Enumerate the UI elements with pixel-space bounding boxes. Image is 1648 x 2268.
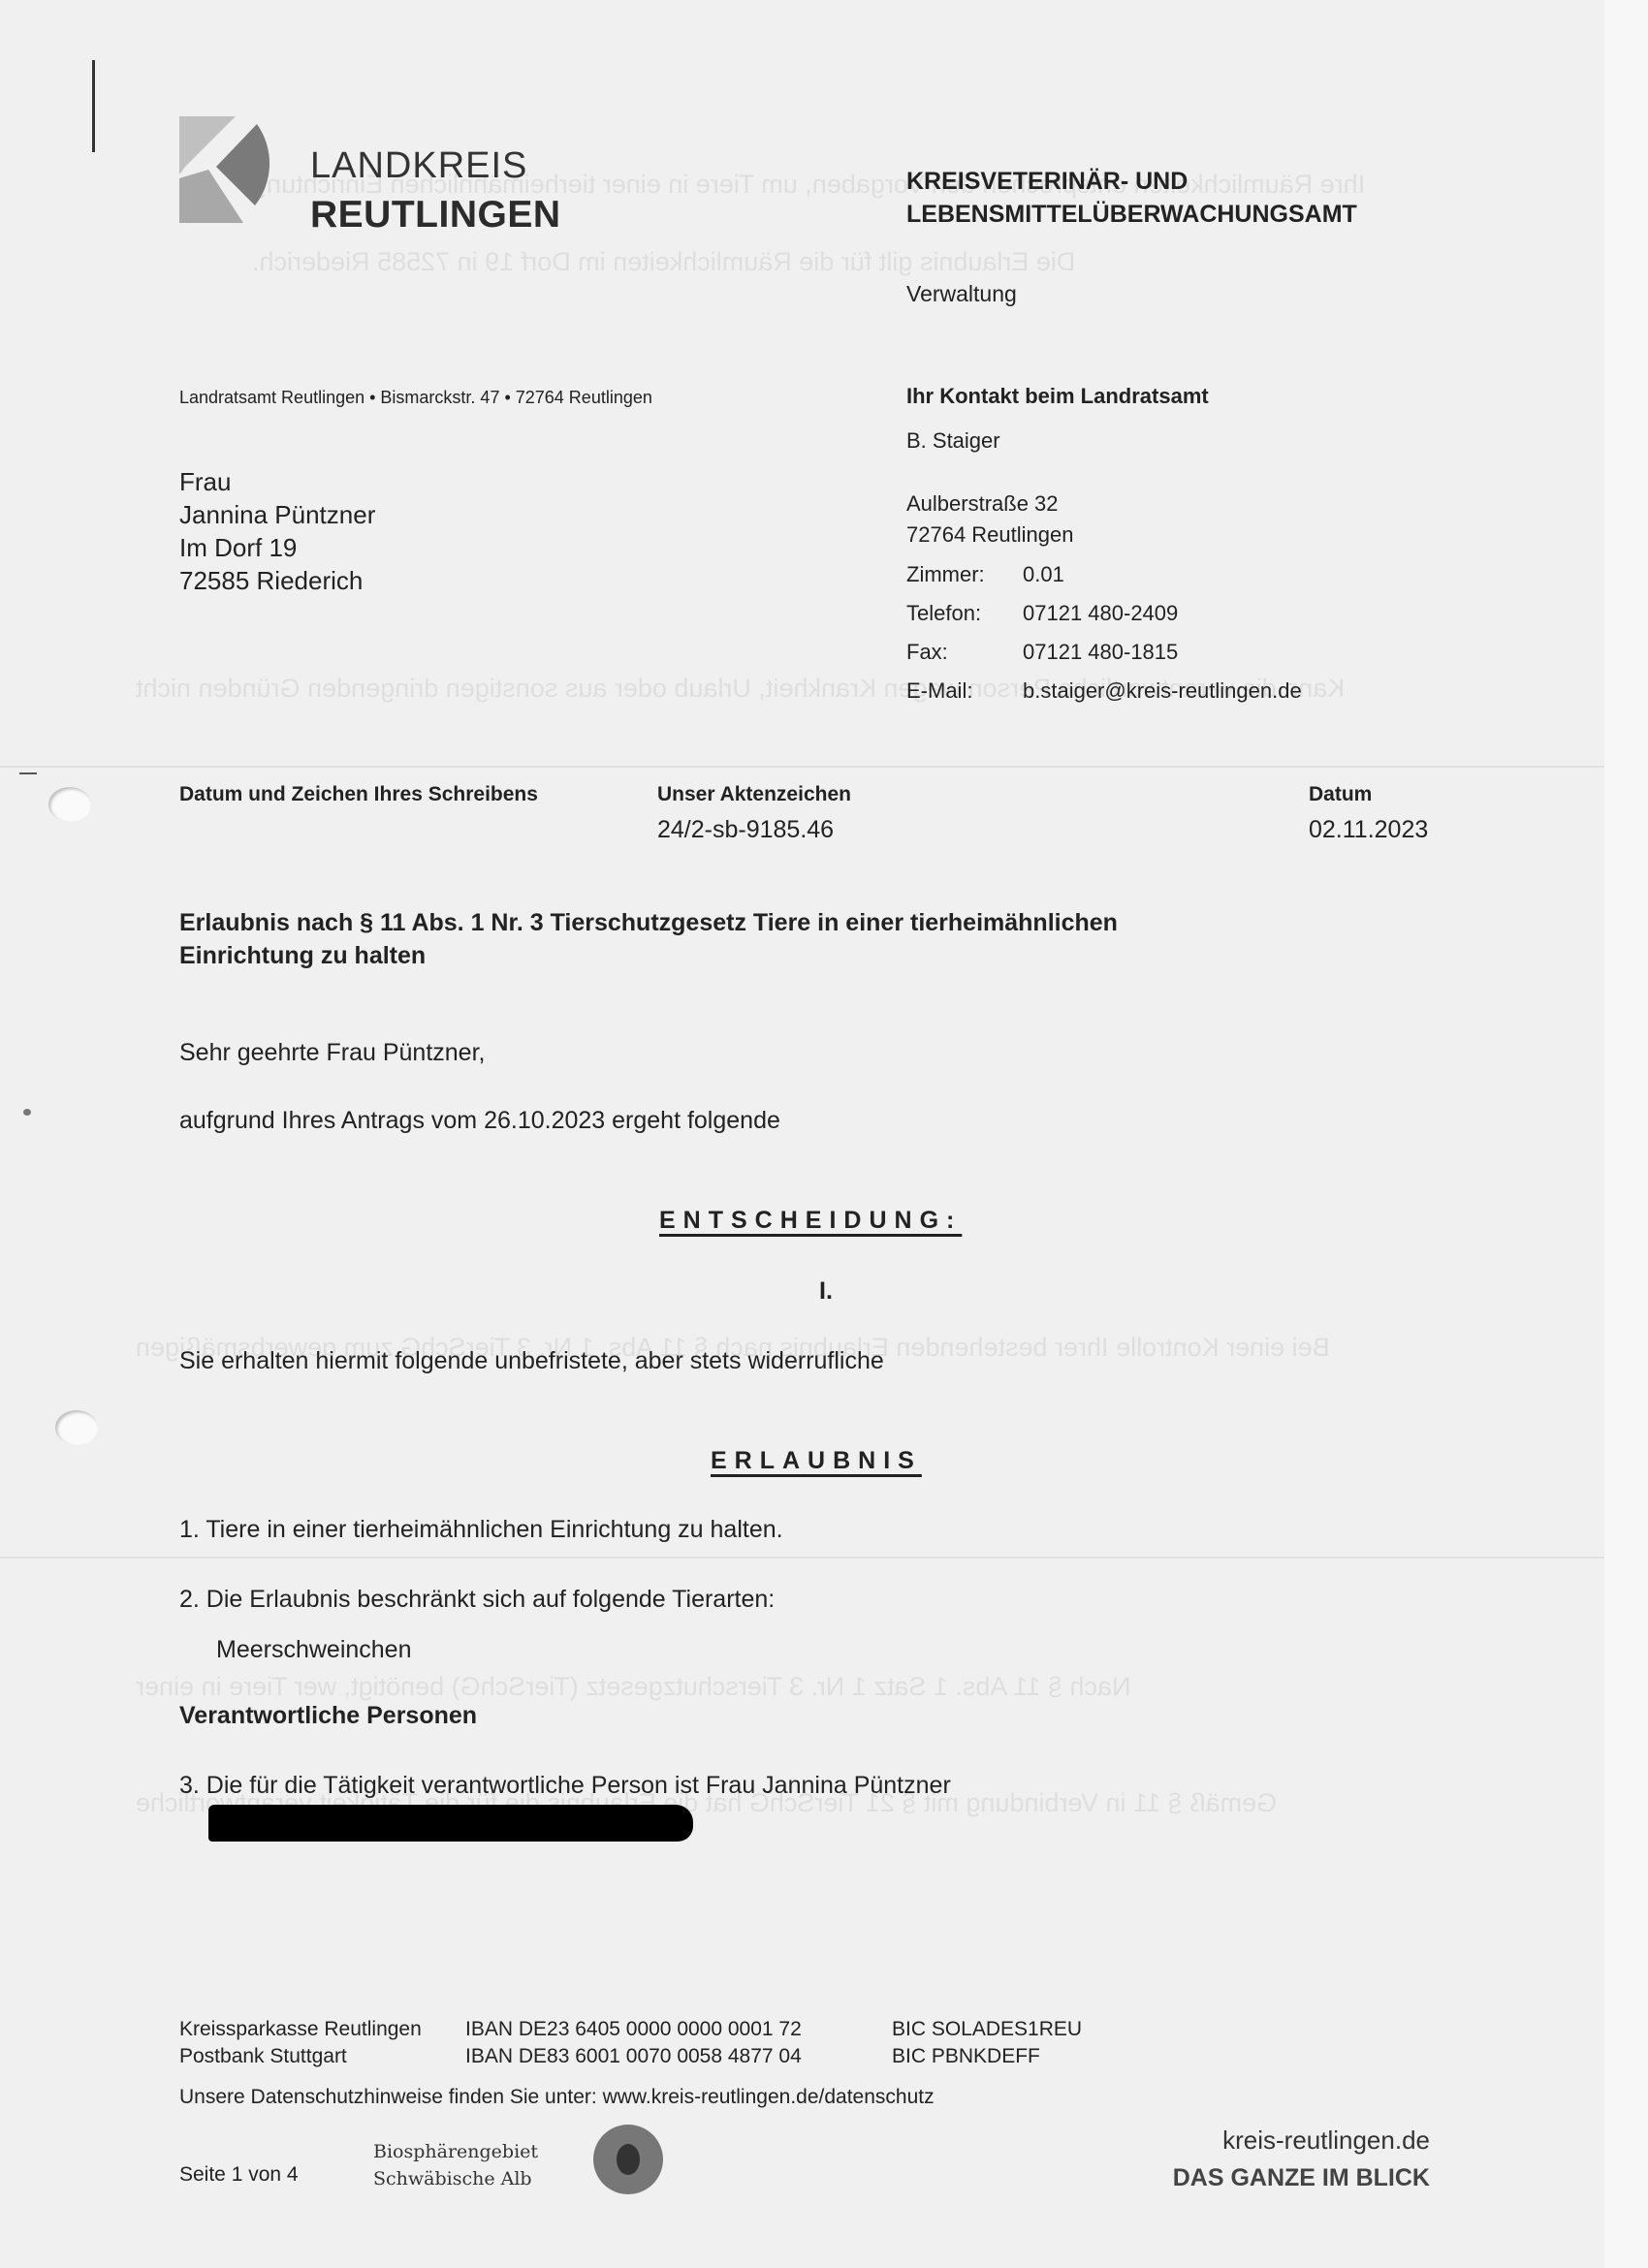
slogan: DAS GANZE IM BLICK: [1173, 2164, 1430, 2192]
bank-iban: IBAN DE23 6405 0000 0000 0001 72: [465, 2018, 892, 2041]
contact-phone: Telefon:07121 480-2409: [906, 601, 1178, 626]
recipient-address: Frau Jannina Püntzner Im Dorf 19 72585 R…: [179, 465, 375, 597]
permit-heading: ERLAUBNIS: [711, 1447, 922, 1475]
contact-phone-label: Telefon:: [906, 601, 1023, 626]
contact-address: Aulberstraße 32 72764 Reutlingen: [906, 488, 1073, 551]
margin-mark: [92, 60, 95, 152]
contact-fax-value: 07121 480-1815: [1023, 640, 1178, 664]
department-line2: LEBENSMITTELÜBERWACHUNGSAMT: [906, 198, 1357, 231]
our-ref-label: Unser Aktenzeichen: [657, 783, 851, 806]
punch-hole: [55, 1410, 98, 1445]
fold-mark: [19, 772, 37, 774]
bank-name: Kreissparkasse Reutlingen: [179, 2018, 465, 2041]
bank-name: Postbank Stuttgart: [179, 2045, 465, 2068]
your-ref-label: Datum und Zeichen Ihres Schreibens: [179, 783, 538, 806]
letter-page: Ihre Räumlichkeiten entsprechen den Vorg…: [0, 0, 1604, 2268]
landkreis-logo-icon: [179, 116, 281, 223]
permit-item-2: 2. Die Erlaubnis beschränkt sich auf fol…: [179, 1586, 775, 1614]
bank-bic: BIC PBNKDEFF: [892, 2045, 1040, 2068]
bank-bic: BIC SOLADES1REU: [892, 2018, 1082, 2041]
show-through-text: Nach § 11 Abs. 1 Satz 1 Nr. 3 Tierschutz…: [136, 1667, 1130, 1706]
bank-row: Postbank StuttgartIBAN DE83 6001 0070 00…: [179, 2045, 1040, 2068]
bank-row: Kreissparkasse ReutlingenIBAN DE23 6405 …: [179, 2018, 1082, 2041]
biosphere-text: Biosphärengebiet Schwäbische Alb: [373, 2138, 538, 2192]
contact-city: 72764 Reutlingen: [906, 520, 1073, 551]
contact-email: E-Mail:b.staiger@kreis-reutlingen.de: [906, 678, 1302, 704]
contact-email-value: b.staiger@kreis-reutlingen.de: [1023, 678, 1302, 703]
division: Verwaltung: [906, 281, 1017, 307]
privacy-notice: Unsere Datenschutzhinweise finden Sie un…: [179, 2086, 935, 2109]
biosphere-line1: Biosphärengebiet: [373, 2138, 538, 2165]
recipient-name: Jannina Püntzner: [179, 498, 375, 531]
website: kreis-reutlingen.de: [1222, 2126, 1430, 2156]
contact-fax: Fax:07121 480-1815: [906, 640, 1178, 665]
contact-street: Aulberstraße 32: [906, 488, 1073, 520]
fold-line: [0, 1557, 1604, 1559]
redaction-mark: [208, 1805, 693, 1842]
page-number: Seite 1 von 4: [179, 2163, 299, 2187]
intro-text: aufgrund Ihres Antrags vom 26.10.2023 er…: [179, 1107, 780, 1135]
permit-item-1: 1. Tiere in einer tierheimähnlichen Einr…: [179, 1516, 783, 1544]
fold-line: [0, 766, 1604, 768]
contact-fax-label: Fax:: [906, 640, 1023, 665]
org-name-line2: REUTLINGEN: [310, 194, 561, 236]
contact-room-label: Zimmer:: [906, 562, 1023, 587]
our-ref-value: 24/2-sb-9185.46: [657, 816, 834, 844]
section-number: I.: [819, 1277, 833, 1306]
biosphere-logo-icon: [593, 2125, 663, 2194]
grant-intro: Sie erhalten hiermit folgende unbefriste…: [179, 1347, 884, 1375]
org-name-line1: LANDKREIS: [310, 145, 527, 187]
scan-margin: [1604, 0, 1648, 2268]
recipient-city: 72585 Riederich: [179, 564, 375, 597]
subject-line2: Einrichtung zu halten: [179, 939, 1118, 972]
punch-hole: [48, 787, 91, 822]
contact-heading: Ihr Kontakt beim Landratsamt: [906, 384, 1209, 409]
contact-room: Zimmer:0.01: [906, 562, 1064, 587]
bank-iban: IBAN DE83 6001 0070 0058 4877 04: [465, 2045, 892, 2068]
contact-room-value: 0.01: [1023, 562, 1064, 586]
date-value: 02.11.2023: [1309, 816, 1428, 844]
subject-line1: Erlaubnis nach § 11 Abs. 1 Nr. 3 Tiersch…: [179, 906, 1118, 939]
margin-dot: [23, 1109, 31, 1116]
permit-item-3: 3. Die für die Tätigkeit verantwortliche…: [179, 1772, 951, 1800]
department-title: KREISVETERINÄR- UND LEBENSMITTELÜBERWACH…: [906, 165, 1357, 231]
responsible-heading: Verantwortliche Personen: [179, 1702, 477, 1730]
species: Meerschweinchen: [216, 1636, 412, 1664]
recipient-street: Im Dorf 19: [179, 531, 375, 564]
contact-name: B. Staiger: [906, 428, 1000, 454]
department-line1: KREISVETERINÄR- UND: [906, 165, 1357, 198]
contact-email-label: E-Mail:: [906, 678, 1023, 704]
contact-phone-value: 07121 480-2409: [1023, 601, 1178, 625]
sender-return-address: Landratsamt Reutlingen • Bismarckstr. 47…: [179, 388, 652, 408]
subject-line: Erlaubnis nach § 11 Abs. 1 Nr. 3 Tiersch…: [179, 906, 1118, 972]
biosphere-line2: Schwäbische Alb: [373, 2165, 538, 2192]
greeting: Sehr geehrte Frau Püntzner,: [179, 1039, 485, 1067]
date-label: Datum: [1309, 783, 1372, 806]
show-through-text: Die Erlaubnis gilt für die Räumlichkeite…: [252, 242, 1075, 281]
recipient-salutation: Frau: [179, 465, 375, 498]
decision-heading: ENTSCHEIDUNG:: [659, 1207, 962, 1235]
